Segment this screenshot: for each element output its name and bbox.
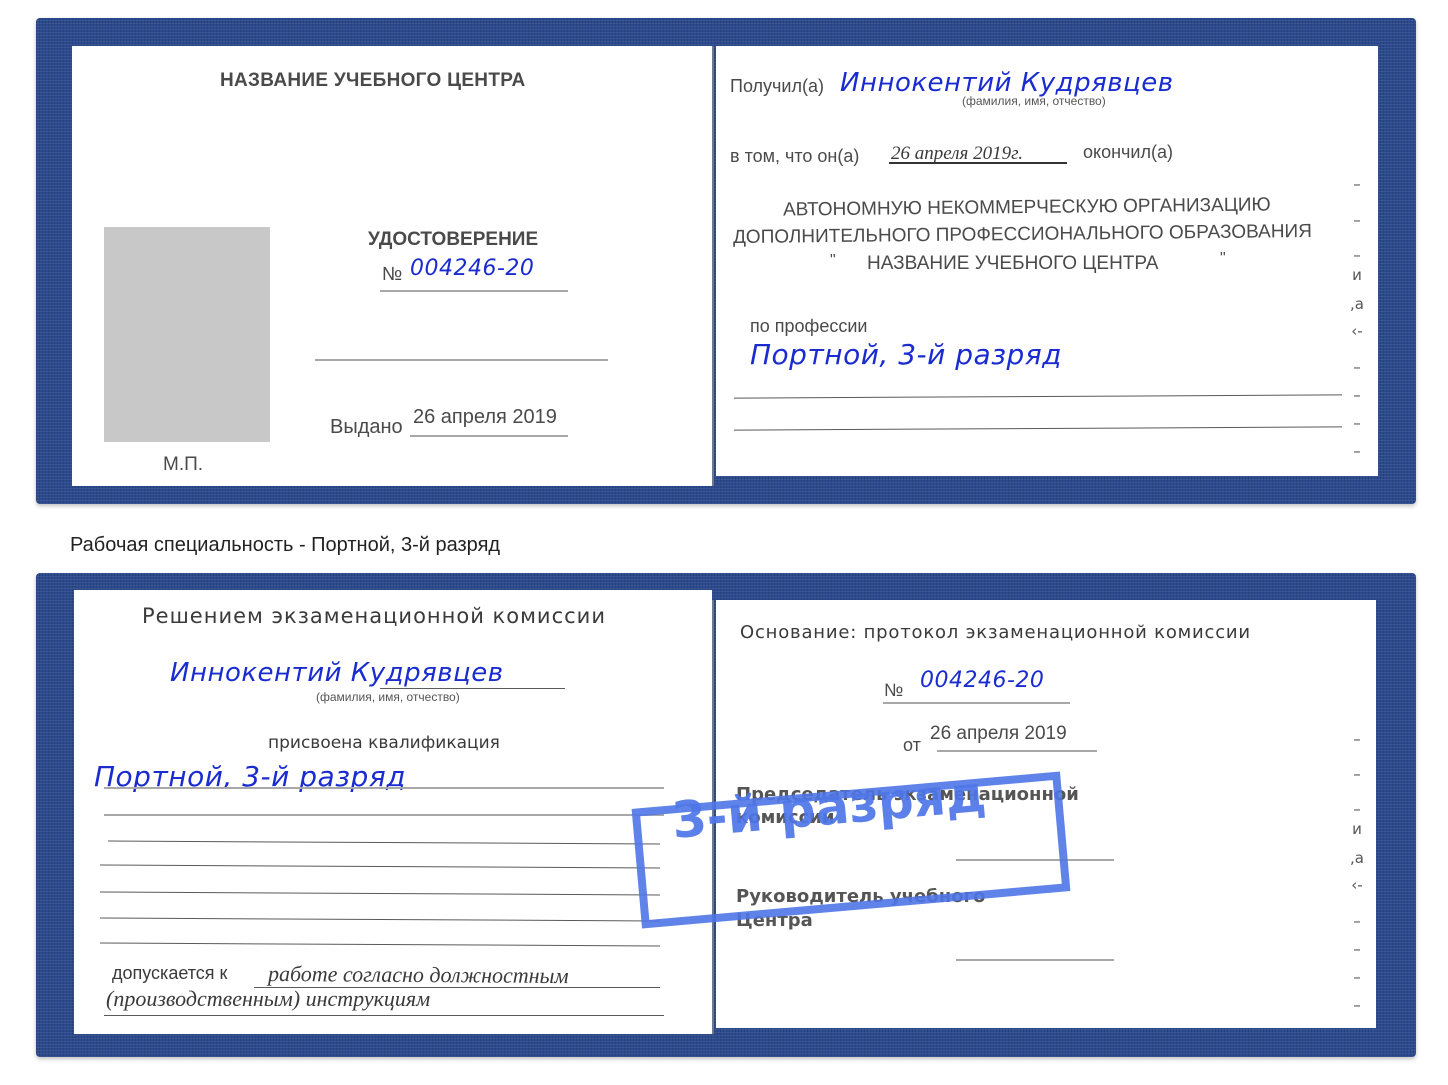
protocol-number-label: № [884,680,903,701]
edge-mark: – [1347,414,1367,432]
completion-underline [889,162,1067,164]
edge-mark: – [1347,175,1367,193]
head-signature-line [956,959,1114,961]
edge-mark: и [1347,266,1367,284]
org-quote-close: " [1220,250,1226,268]
issued-underline [410,435,568,437]
protocol-date-underline [937,750,1097,752]
edge-mark: – [1347,996,1367,1014]
received-label: Получил(а) [730,76,824,97]
profession-label: по профессии [750,316,867,337]
org-quote-open: " [830,252,836,270]
certificate-number: 004246-20 [410,256,534,281]
edge-mark: – [1347,968,1367,986]
issued-label: Выдано [330,416,403,439]
admitted-label: допускается к [112,963,227,984]
finished-label: окончил(а) [1083,142,1173,163]
number-label: № [382,264,402,286]
bottom-name-underline [380,688,565,689]
admitted-line-1: работе согласно должностным [268,961,569,989]
admitted-line-2: (производственным) инструкциям [106,986,430,1012]
qualification-underline-1 [104,787,664,789]
document-title: УДОСТОВЕРЕНИЕ [368,229,538,251]
edge-mark: ‹- [1347,876,1367,894]
edge-mark: – [1347,211,1367,229]
edge-mark: – [1347,442,1367,460]
stamp-place-label: М.П. [163,454,203,476]
edge-mark: – [1347,940,1367,958]
protocol-date-label: от [903,735,921,756]
edge-mark: – [1347,386,1367,404]
edge-mark: – [1347,358,1367,376]
caption-text: Рабочая специальность - Портной, 3-й раз… [70,534,500,557]
qualification-underline-2 [104,814,664,816]
edge-mark: ,а [1347,849,1367,867]
edge-mark: – [1347,246,1367,264]
number-underline [380,290,568,292]
protocol-number: 004246-20 [920,668,1044,693]
name-hint: (фамилия, имя, отчество) [962,94,1106,108]
edge-mark: и [1347,820,1367,838]
decision-title: Решением экзаменационной комиссии [142,604,606,628]
edge-mark: – [1347,800,1367,818]
protocol-date: 26 апреля 2019 [930,723,1067,745]
basis-label: Основание: протокол экзаменационной коми… [740,622,1251,643]
profession-value: Портной, 3-й разряд [750,338,1062,371]
edge-mark: ‹- [1347,322,1367,340]
issued-date: 26 апреля 2019 [413,406,557,429]
bottom-recipient-name: Иннокентий Кудрявцев [170,658,504,688]
blank-underline [315,359,608,361]
protocol-number-underline [883,702,1070,704]
center-name-heading: НАЗВАНИЕ УЧЕБНОГО ЦЕНТРА [220,70,526,92]
top-spine [712,46,714,486]
admitted-underline-2 [104,1015,664,1016]
photo-placeholder [104,227,270,442]
edge-mark: ,а [1347,295,1367,313]
org-line-3: НАЗВАНИЕ УЧЕБНОГО ЦЕНТРА [867,253,1159,275]
qualification-label: присвоена квалификация [268,733,500,753]
edge-mark: – [1347,730,1367,748]
that-label: в том, что он(а) [730,146,859,167]
edge-mark: – [1347,912,1367,930]
bottom-name-hint: (фамилия, имя, отчество) [316,690,460,704]
edge-mark: – [1347,765,1367,783]
